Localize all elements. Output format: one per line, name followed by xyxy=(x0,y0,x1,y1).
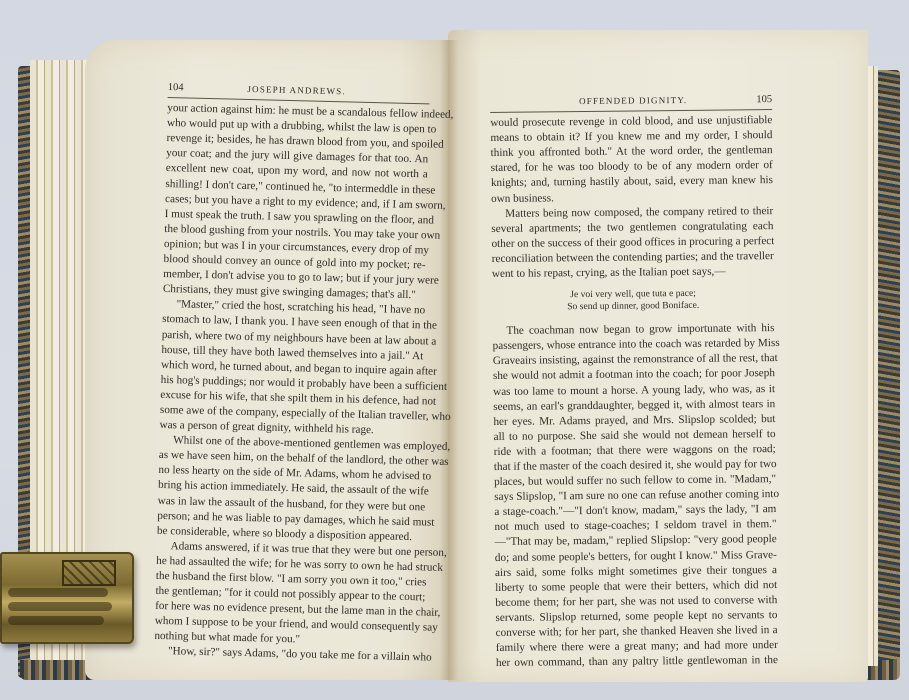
left-page-number: 104 xyxy=(168,80,184,95)
right-running-head: OFFENDED DIGNITY. 105 xyxy=(490,92,772,113)
text-line: reconciliation between the contending pa… xyxy=(492,249,774,267)
clip-finger xyxy=(8,616,104,625)
clip-finger xyxy=(8,588,108,597)
clip-finger xyxy=(8,602,112,611)
text-line: knights; and, turning hastily about, sai… xyxy=(491,174,773,192)
right-running-title: OFFENDED DIGNITY. xyxy=(579,93,687,109)
photo-scene: 104 JOSEPH ANDREWS. your action against … xyxy=(0,0,909,700)
book-gutter xyxy=(440,40,458,680)
text-line: went to his repast, crying, as the Itali… xyxy=(492,264,774,282)
text-line: her own command, than any paltry little … xyxy=(496,653,778,671)
left-page-text: 104 JOSEPH ANDREWS. your action against … xyxy=(154,80,430,666)
right-page-text: OFFENDED DIGNITY. 105 would prosecute re… xyxy=(490,92,778,671)
brass-hand-page-clip xyxy=(0,552,134,644)
clip-cuff-lattice xyxy=(62,560,116,586)
verse-line: So send up dinner, good Boniface. xyxy=(492,299,774,314)
left-running-title: JOSEPH ANDREWS. xyxy=(247,82,346,99)
verse-quote: Je voi very well, que tuta e pace; So se… xyxy=(492,287,774,314)
right-page-number: 105 xyxy=(756,92,772,107)
